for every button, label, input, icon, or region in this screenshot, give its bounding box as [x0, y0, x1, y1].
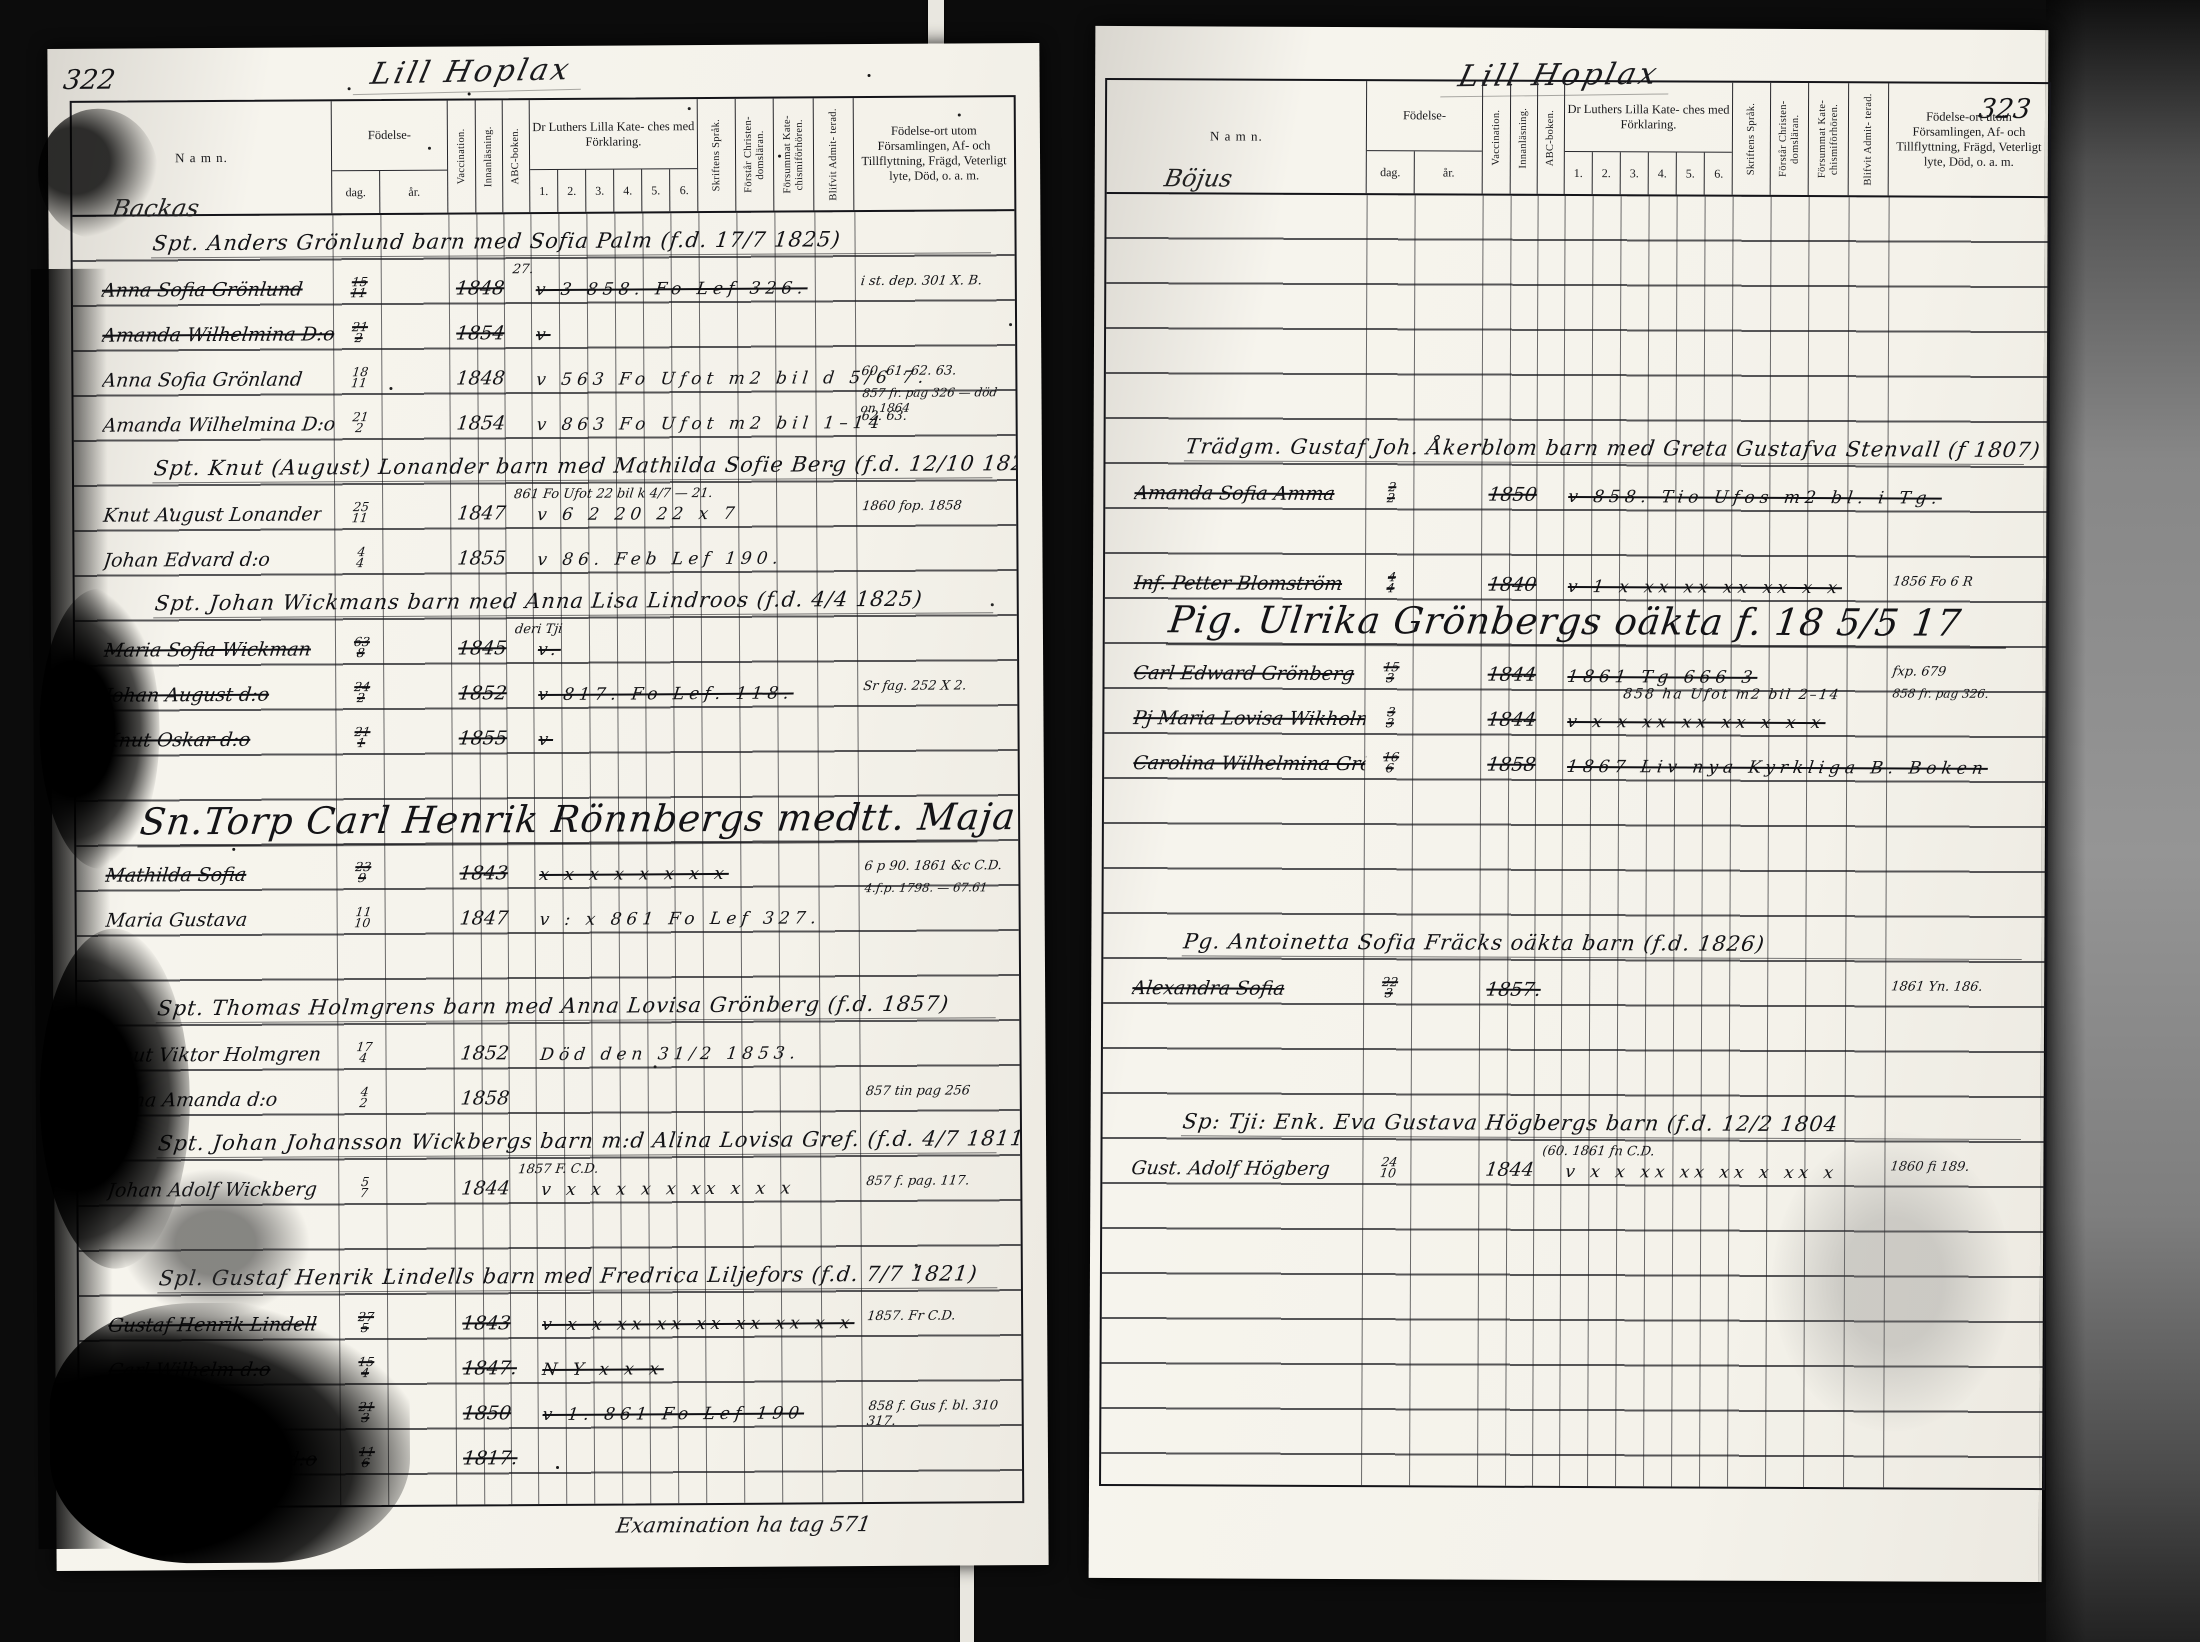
person-name: Maria Sofia Wickman [103, 638, 312, 661]
group-heading: Sn.Torp Carl Henrik Rönnbergs medtt. Maj… [137, 795, 982, 847]
examination-marks: v x x x x x xx x x x [540, 1178, 796, 1200]
column-rule [1765, 197, 1772, 1487]
birth-date: 44 [339, 546, 384, 568]
page-number-left: 322 [61, 65, 117, 96]
person-name: Carolina Wilhelmina Grönberg [1132, 752, 1367, 775]
col-header-namn: N a m n. [72, 101, 333, 215]
col-header-vaccination: Vaccination. [448, 100, 477, 212]
column-rule [1803, 197, 1810, 1487]
examination-marks: N Y x x x [541, 1359, 665, 1380]
person-name: Maria Gustava [105, 909, 249, 932]
group-heading: Spt. Johan Johansson Wickbergs barn m:d … [156, 1126, 999, 1158]
examination-marks: v [537, 730, 554, 750]
birth-date: 223 [1367, 976, 1412, 998]
col-header-fodelseort: Födelse-ort utom Församlingen, Af- och T… [854, 97, 1015, 210]
table-header: N a m n. Födelse- dag.år. Vaccination. I… [1107, 80, 2049, 198]
birth-date: 1511 [337, 276, 382, 298]
table-body: Spt. Anders Grönlund barn med Sofia Palm… [72, 211, 1022, 1507]
column-rule [448, 215, 457, 1505]
column-rule [1727, 197, 1734, 1487]
column-rule [1643, 196, 1650, 1486]
examination-marks: v x x xx xx xx x xx x [1564, 1162, 1839, 1183]
person-name: Johan Adolf Wickberg [106, 1178, 318, 1201]
col-header-skriftens-sprak: Skriftens Språk. [698, 99, 737, 211]
column-rule [1587, 196, 1594, 1486]
birth-date: 42 [342, 1086, 387, 1108]
column-rule [814, 212, 823, 1502]
column-rule [614, 214, 623, 1504]
birth-date: 166 [1368, 751, 1413, 773]
examination-marks: v 1. 861 Fo Lef 190 [541, 1403, 805, 1425]
register-entry: Johan Edvard d:o441855v 86. Feb Lef 190. [72, 544, 1018, 590]
examination-marks: 1861 Tg 666 3 [1566, 667, 1759, 688]
birth-date: 211 [340, 726, 385, 748]
entry-subline: 858 ha Ufot m2 bil 2–14 [1622, 686, 1841, 703]
col-header-innanlasning: Innanläsning. [476, 100, 504, 212]
register-table: N a m n. Födelse- dag.år. Vaccination. I… [70, 95, 1025, 1509]
birth-year: 1847 [459, 907, 510, 929]
examination-marks: v x x xx xx xx x x x [1566, 712, 1827, 733]
birth-date: 242 [339, 681, 384, 703]
margin-note: i st. dep. 301 X. B. [860, 273, 1012, 289]
register-entry: Maria Wilhelmina d:o1161817. [78, 1444, 1023, 1490]
margin-note: 62. 63. [861, 408, 1013, 424]
register-entry: Maria Gustava11101847v : x 861 Fo Lef 32… [74, 904, 1021, 950]
margin-note: 1861 Yn. 186. [1890, 979, 2042, 995]
examination-marks: 1867 Liv nya Kyrkliga B. Boken [1566, 757, 1989, 779]
examination-marks: v 86. Feb Lef 190. [536, 549, 784, 571]
register-entry: Knut Oskar d:o2111855v [73, 724, 1020, 770]
col-header-fodelse: Födelse- dag.år. [1367, 81, 1483, 194]
page-title-left: Lill Hoplax [353, 52, 590, 95]
column-rule [1883, 197, 1890, 1487]
group-heading: Spl. Gustaf Henrik Lindells barn med Fre… [157, 1261, 1000, 1293]
birth-year: 1848 [455, 367, 506, 389]
group-heading: Trädgm. Gustaf Joh. Åkerblom barn med Gr… [1184, 434, 2027, 465]
person-name: Gustaf d:o [108, 1404, 210, 1427]
margin-note: 1860 fi 189. [1889, 1159, 2041, 1175]
column-rule [1843, 197, 1850, 1487]
column-rule [476, 214, 485, 1504]
person-name: Amanda Wilhelmina D:o [101, 413, 336, 436]
table-body: Trädgm. Gustaf Joh. Åkerblom barn med Gr… [1101, 194, 2049, 1488]
birth-date: 154 [343, 1356, 388, 1378]
person-name: Knut Oskar d:o [103, 729, 251, 752]
col-header-forsummat-katechismiforhoren: Försummat Kate- chismiförhören. [1809, 83, 1849, 195]
group-heading: Pig. Ulrika Grönbergs oäkta f. 18 5/5 17 [1166, 598, 2012, 649]
birth-date: 213 [344, 1401, 389, 1423]
birth-date: 22 [1369, 481, 1414, 503]
birth-year: 1847 [456, 502, 507, 524]
birth-year: 1817. [462, 1447, 519, 1469]
birth-year: 1843 [458, 862, 509, 884]
person-name: Carl Wilhelm d:o [107, 1359, 272, 1382]
column-rule [558, 214, 567, 1504]
examination-marks: x x x x x x x x [538, 864, 730, 885]
column-rule [774, 213, 783, 1503]
margin-note: 4.f.p. 1798. — 67.61 [864, 880, 1016, 896]
column-rule [736, 213, 745, 1503]
examination-marks: v 3 858. Fo Lef 326. [535, 278, 809, 300]
col-header-dag: dag. [332, 171, 380, 213]
column-rule [1671, 196, 1678, 1486]
person-name: Maria Wilhelmina d:o [108, 1448, 318, 1471]
margin-note: 858 f. Gus f. bl. 310 317. [866, 1398, 1019, 1429]
birth-year: 1857. [1485, 979, 1542, 1001]
examination-marks: v : x 861 Fo Lef 327. [538, 908, 822, 930]
birth-year: 1850 [462, 1402, 513, 1424]
col-header-abc-boken: ABC-boken. [503, 100, 531, 212]
col-header-innanlasning: Innanläsning. [1511, 82, 1538, 194]
examination-marks: v 1 x xx xx xx xx x x [1567, 577, 1844, 598]
examination-marks: v x x xx xx xx xx xx x x [541, 1313, 856, 1335]
register-entry: Maria Sofia Wickman6381845v. [73, 634, 1020, 680]
examination-marks: v 863 Fo Ufot m2 bil 1–14 [535, 413, 885, 435]
col-header-blifvit-admitterad: Blifvit Admit- terad. [814, 98, 855, 210]
birth-year: 1855 [456, 547, 507, 569]
column-rule [698, 213, 707, 1503]
col-header-forstar-christendomslaran: Förstår Christen- domsläran. [736, 99, 775, 211]
group-heading: Pg. Antoinetta Sofia Fräcks oäkta barn (… [1182, 929, 2025, 960]
margin-note: 1860 fop. 1858 [861, 498, 1013, 514]
birth-date: 1110 [341, 906, 386, 928]
birth-date: 275 [343, 1311, 388, 1333]
birth-date: 116 [344, 1446, 389, 1468]
birth-date: 2511 [338, 501, 383, 523]
group-subnote: 861 Fo Ufot 22 bil k 4/7 — 21. [513, 486, 713, 502]
birth-date: 174 [342, 1041, 387, 1063]
register-entry: Knut Viktor Holmgren1741852Död den 31/2 … [75, 1039, 1022, 1085]
birth-year: 1858 [460, 1087, 511, 1109]
birth-year: 1843 [461, 1312, 512, 1334]
col-header-kateches: Dr Luthers Lilla Kate- ches med Förklari… [530, 99, 699, 212]
column-rule [1532, 196, 1539, 1486]
birth-date: 33 [1368, 706, 1413, 728]
column-rule [530, 214, 539, 1504]
person-name: Amanda Wilhelmina D:o [101, 323, 336, 346]
birth-date: 239 [340, 861, 385, 883]
col-header-blifvit-admitterad: Blifvit Admit- terad. [1849, 83, 1889, 195]
column-rule [1505, 196, 1512, 1486]
group-heading: Spt. Anders Grönlund barn med Sofia Palm… [151, 226, 994, 258]
group-subnote: (60. 1861 fn C.D. [1542, 1144, 1656, 1159]
col-header-skriftens-sprak: Skriftens Språk. [1733, 83, 1771, 195]
register-table: N a m n. Födelse- dag.år. Vaccination. I… [1099, 78, 2051, 1490]
person-name: Inf. Petter Blomström [1133, 572, 1344, 595]
page-footnote: Examination ha tag 571 [615, 1512, 873, 1538]
person-name: Carl Edward Grönberg [1132, 662, 1355, 685]
birth-year: 1855 [457, 727, 508, 749]
register-entry: Amanda Wilhelmina D:o2121854v [72, 319, 1017, 365]
col-header-forstar-christendomslaran: Förstår Christen- domsläran. [1771, 83, 1809, 195]
column-rule [1559, 196, 1566, 1486]
column-rule [1699, 197, 1706, 1487]
birth-year: 1848 [455, 277, 506, 299]
group-heading: Spt. Knut (August) Lonander barn med Mat… [152, 451, 995, 483]
person-name: Anna Amanda d:o [106, 1089, 279, 1112]
birth-date: 44 [1369, 571, 1414, 593]
col-header-ar: år. [380, 171, 448, 213]
person-name: Gust. Adolf Högberg [1130, 1157, 1331, 1180]
register-entry: Carl Wilhelm d:o1541847.N Y x x x [77, 1354, 1022, 1400]
column-rule [1361, 195, 1368, 1485]
col-header-kateches: Dr Luthers Lilla Kate- ches med Förklari… [1565, 82, 1733, 195]
birth-year: 1847. [461, 1357, 518, 1379]
examination-marks: v 6 2 20 22 x 7 [536, 504, 741, 525]
birth-year: 1854 [455, 322, 506, 344]
col-header-forsummat-katechismiforhoren: Försummat Kate- chismiförhören. [774, 98, 815, 210]
right-page: 323 Lill Hoplax Böjus N a m n. Födelse- … [1089, 26, 2049, 1582]
person-name: Anna Sofia Grönland [101, 368, 303, 391]
scanned-parish-register: { "document_type": "Swedish parish house… [0, 0, 2200, 1642]
col-header-dag: dag. [1367, 151, 1415, 193]
col-header-fodelse: Födelse- dag.år. [332, 101, 449, 214]
margin-note: 1856 Fo 6 R [1892, 574, 2044, 590]
group-subnote: 27. [512, 262, 534, 277]
examination-marks: v 858. Tio Ufos m2 bl. i Tg. [1567, 487, 1943, 509]
column-rule [332, 215, 341, 1505]
village-name-right: Böjus [1162, 164, 1234, 192]
birth-year: 1858 [1486, 754, 1537, 776]
col-header-ar: år. [1415, 151, 1483, 193]
group-subnote: 1857 F. C.D. [517, 1162, 599, 1178]
column-rule [1409, 195, 1416, 1485]
column-rule [503, 214, 512, 1504]
margin-note: fxp. 679 [1892, 664, 2044, 680]
register-entry: Pj Maria Lovisa Wikholm331844v x x xx xx… [1102, 707, 2049, 751]
birth-year: 1845 [457, 637, 508, 659]
margin-note: 60. 61. 62. 63. [860, 363, 1012, 379]
birth-year: 1844 [1484, 1159, 1535, 1181]
birth-date: 212 [338, 411, 383, 433]
scan-right-margin [2046, 0, 2200, 1642]
group-heading: Sp: Tji: Enk. Eva Gustava Högbergs barn … [1181, 1109, 2024, 1140]
group-heading: Spt. Johan Wickmans barn med Anna Lisa L… [153, 586, 996, 618]
birth-date: 2410 [1366, 1156, 1411, 1178]
column-rule [1477, 196, 1484, 1486]
person-name: Amanda Sofia Amma [1133, 482, 1336, 505]
margin-note: 857 tin pag 256 [865, 1083, 1017, 1099]
margin-note: 858 fr. pag 326. [1892, 686, 2044, 702]
person-name: Pj Maria Lovisa Wikholm [1132, 707, 1367, 730]
register-entry: Carolina Wilhelmina Grönberg16618581867 … [1102, 752, 2049, 796]
birth-year: 1844 [1486, 709, 1537, 731]
birth-year: 1844 [460, 1177, 511, 1199]
examination-marks: v. [537, 640, 562, 660]
col-header-fodelseort: Födelse-ort utom Församlingen, Af- och T… [1889, 83, 2049, 196]
person-name: Gustaf Henrik Lindell [107, 1313, 318, 1336]
birth-year: 1850 [1487, 484, 1538, 506]
col-header-abc-boken: ABC-boken. [1538, 82, 1565, 194]
examination-marks: Död den 31/2 1853. [539, 1043, 801, 1065]
village-name-left: Backas [110, 194, 201, 223]
birth-year: 1844 [1486, 664, 1537, 686]
birth-date: 1811 [337, 366, 382, 388]
margin-note: 1857. Fr C.D. [866, 1308, 1018, 1324]
column-rule [642, 213, 651, 1503]
birth-date: 638 [339, 636, 384, 658]
birth-date: 153 [1369, 661, 1414, 683]
examination-marks: v 817. Fo Lef. 118. [537, 683, 795, 705]
person-name: Johan August d:o [103, 684, 270, 707]
birth-year: 1840 [1487, 574, 1538, 596]
birth-date: 212 [337, 321, 382, 343]
group-heading: Spt. Thomas Holmgrens barn med Anna Lovi… [156, 991, 999, 1023]
column-rule [1615, 196, 1622, 1486]
table-header: N a m n. Födelse- dag.år. Vaccination. I… [72, 97, 1015, 217]
left-page: 322 Lill Hoplax Backas N a m n. Födelse-… [47, 43, 1048, 1571]
person-name: Knut August Lonander [102, 503, 323, 526]
bookmark-ribbon-bottom [960, 1552, 974, 1642]
birth-date: 57 [342, 1176, 387, 1198]
person-name: Anna Sofia Grönlund [101, 278, 304, 301]
birth-year: 1852 [457, 682, 508, 704]
margin-note: 6 p 90. 1861 &c C.D. [863, 858, 1015, 874]
column-rule [670, 213, 679, 1503]
examination-marks: v [535, 325, 552, 345]
margin-note: 857 f. pag. 117. [865, 1173, 1017, 1189]
birth-year: 1854 [455, 412, 506, 434]
column-rule [586, 214, 595, 1504]
person-name: Knut Viktor Holmgren [105, 1043, 322, 1066]
col-header-vaccination: Vaccination. [1483, 82, 1511, 194]
register-entry: Amanda Sofia Amma221850v 858. Tio Ufos m… [1103, 482, 2049, 526]
birth-year: 1852 [459, 1042, 510, 1064]
person-name: Alexandra Sofia [1131, 977, 1286, 1000]
person-name: Johan Edvard d:o [102, 549, 271, 572]
margin-note: Sr fag. 252 X 2. [862, 678, 1014, 694]
group-subnote: deri Tji [514, 622, 563, 637]
person-name: Mathilda Sofia [104, 864, 247, 887]
scan-specks [348, 87, 351, 90]
col-header-namn: N a m n. [1107, 80, 1367, 193]
